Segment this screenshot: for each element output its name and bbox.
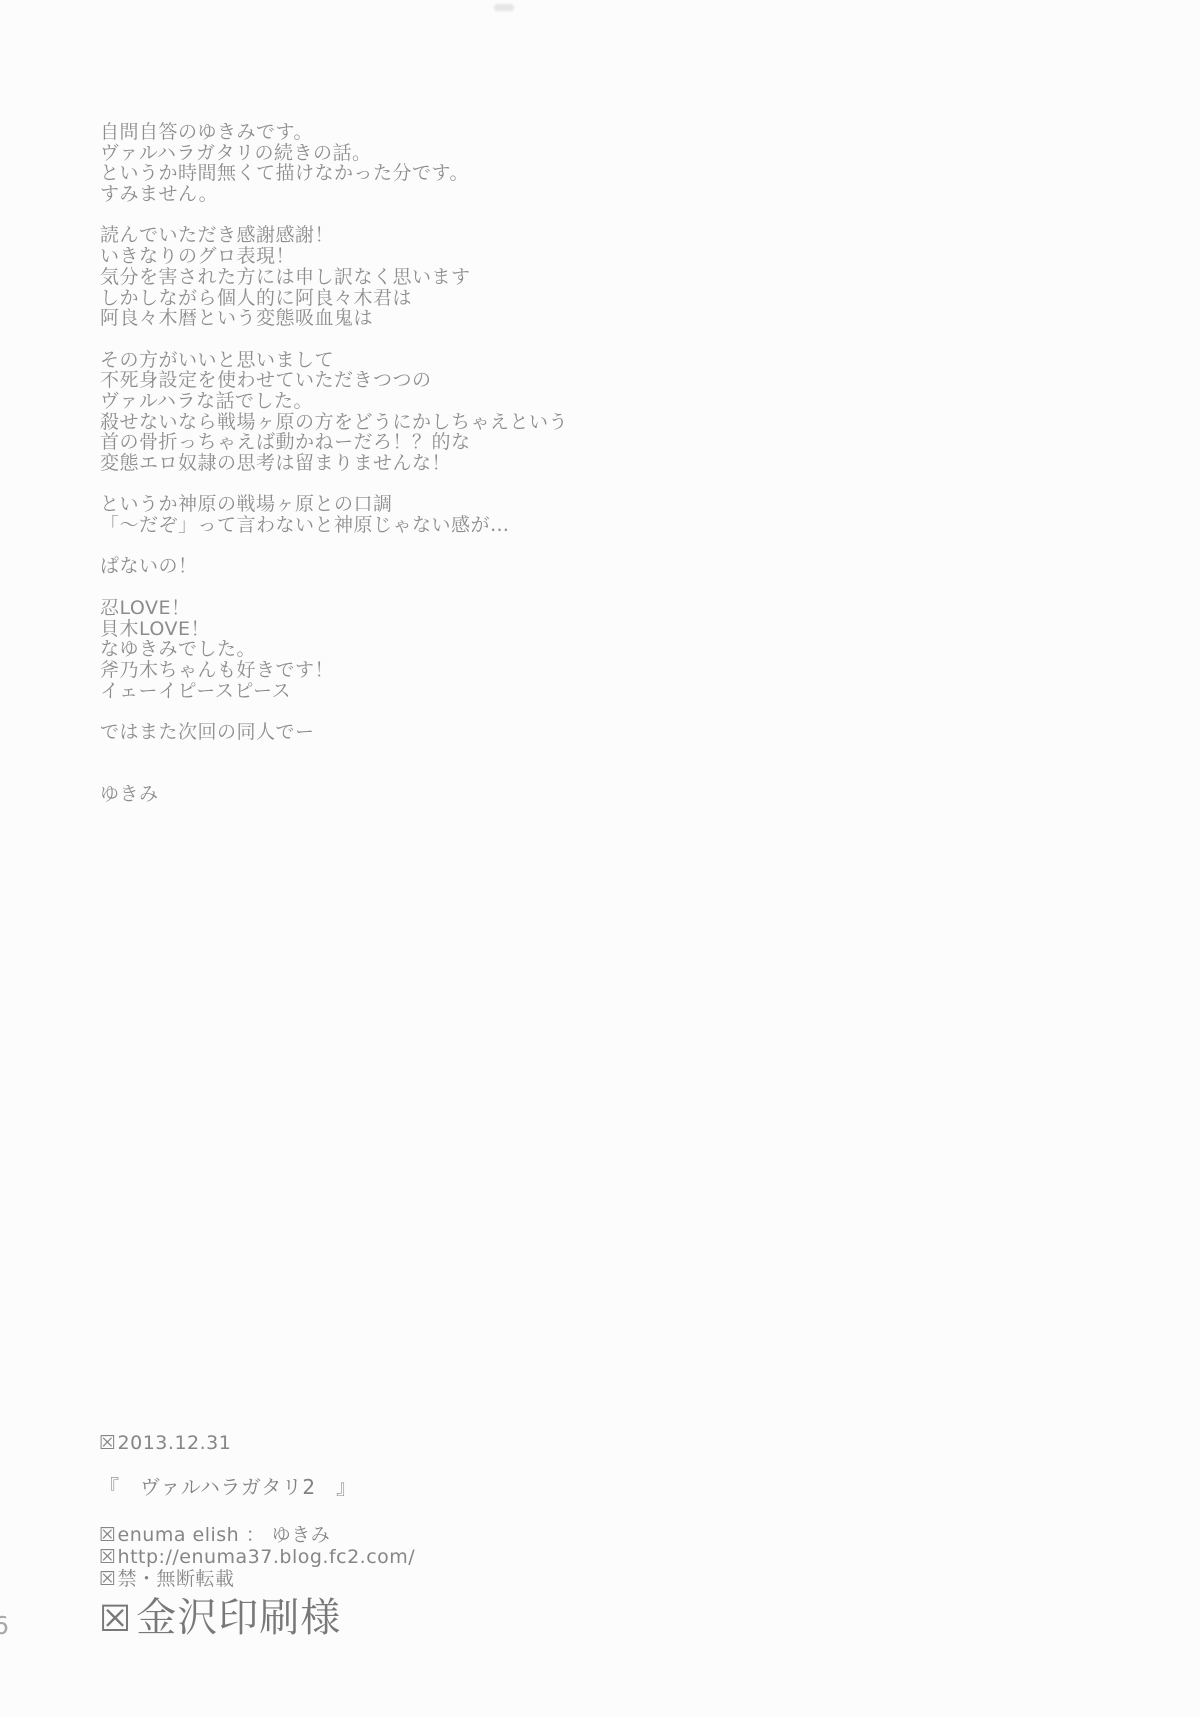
credits-block: ☒enuma elish ： ゆきみ ☒http://enuma37.blog.… xyxy=(99,1524,415,1590)
afterword-line xyxy=(100,743,568,764)
afterword-line: 「～だぞ」って言わないと神原じゃない感が… xyxy=(100,515,568,536)
box-x-icon: ☒ xyxy=(99,1568,117,1590)
afterword-line: 変態エロ奴隷の思考は留まりませんな！ xyxy=(100,453,568,474)
box-x-icon: ☒ xyxy=(99,1546,117,1568)
afterword-line: いきなりのグロ表現！ xyxy=(100,246,568,267)
afterword-line: なゆきみでした。 xyxy=(100,639,568,660)
website-url-row: ☒http://enuma37.blog.fc2.com/ xyxy=(99,1546,415,1568)
afterword-line: ゆきみ xyxy=(100,784,568,805)
circle-credit-text: enuma elish ： ゆきみ xyxy=(118,1524,331,1546)
afterword-line: 自問自答のゆきみです。 xyxy=(100,122,568,143)
box-x-icon: ☒ xyxy=(99,1432,117,1454)
reprint-notice-text: 禁・無断転載 xyxy=(118,1568,235,1590)
afterword-line xyxy=(100,474,568,495)
afterword-line: 殺せないなら戦場ヶ原の方をどうにかしちゃえという xyxy=(100,412,568,433)
release-date: 2013.12.31 xyxy=(118,1432,232,1454)
afterword-line: ぱないの！ xyxy=(100,556,568,577)
printer-credit-text: 金沢印刷様 xyxy=(136,1595,341,1641)
afterword-text-block: 自問自答のゆきみです。ヴァルハラガタリの続きの話。というか時間無くて描けなかった… xyxy=(100,122,568,805)
afterword-line: というか時間無くて描けなかった分です。 xyxy=(100,163,568,184)
box-x-icon: ☒ xyxy=(99,1598,132,1642)
reprint-notice-row: ☒禁・無断転載 xyxy=(99,1568,415,1590)
afterword-line xyxy=(100,205,568,226)
afterword-line: イェーイピースピース xyxy=(100,681,568,702)
colophon-date-row: ☒2013.12.31 xyxy=(99,1432,415,1454)
afterword-line xyxy=(100,577,568,598)
afterword-line: その方がいいと思いまして xyxy=(100,350,568,371)
afterword-line: ではまた次回の同人でー xyxy=(100,722,568,743)
page-number: 6 xyxy=(0,1611,9,1640)
afterword-line: しかしながら個人的に阿良々木君は xyxy=(100,288,568,309)
afterword-line: ヴァルハラガタリの続きの話。 xyxy=(100,143,568,164)
afterword-line: 気分を害された方には申し訳なく思います xyxy=(100,267,568,288)
afterword-line: 阿良々木暦という変態吸血鬼は xyxy=(100,308,568,329)
afterword-line: 斧乃木ちゃんも好きです！ xyxy=(100,660,568,681)
doujin-title: 『 ヴァルハラガタリ2 』 xyxy=(99,1476,415,1498)
afterword-line: 忍LOVE！ xyxy=(100,598,568,619)
scanned-page: 自問自答のゆきみです。ヴァルハラガタリの続きの話。というか時間無くて描けなかった… xyxy=(0,0,1200,1717)
afterword-line: というか神原の戦場ヶ原との口調 xyxy=(100,494,568,515)
printer-credit-row: ☒金沢印刷様 xyxy=(99,1596,415,1642)
afterword-line xyxy=(100,701,568,722)
afterword-line: 首の骨折っちゃえば動かねーだろ！？的な xyxy=(100,432,568,453)
scan-smudge xyxy=(494,4,514,11)
afterword-line xyxy=(100,763,568,784)
colophon: ☒2013.12.31 『 ヴァルハラガタリ2 』 ☒enuma elish ：… xyxy=(99,1432,415,1642)
afterword-line xyxy=(100,329,568,350)
afterword-line: ヴァルハラな話でした。 xyxy=(100,391,568,412)
afterword-line xyxy=(100,536,568,557)
afterword-line: 貝木LOVE！ xyxy=(100,619,568,640)
box-x-icon: ☒ xyxy=(99,1524,117,1546)
afterword-line: 不死身設定を使わせていただきつつの xyxy=(100,370,568,391)
website-url-text: http://enuma37.blog.fc2.com/ xyxy=(118,1546,416,1568)
afterword-line: 読んでいただき感謝感謝！ xyxy=(100,225,568,246)
circle-credit-row: ☒enuma elish ： ゆきみ xyxy=(99,1524,415,1546)
afterword-line: すみません。 xyxy=(100,184,568,205)
